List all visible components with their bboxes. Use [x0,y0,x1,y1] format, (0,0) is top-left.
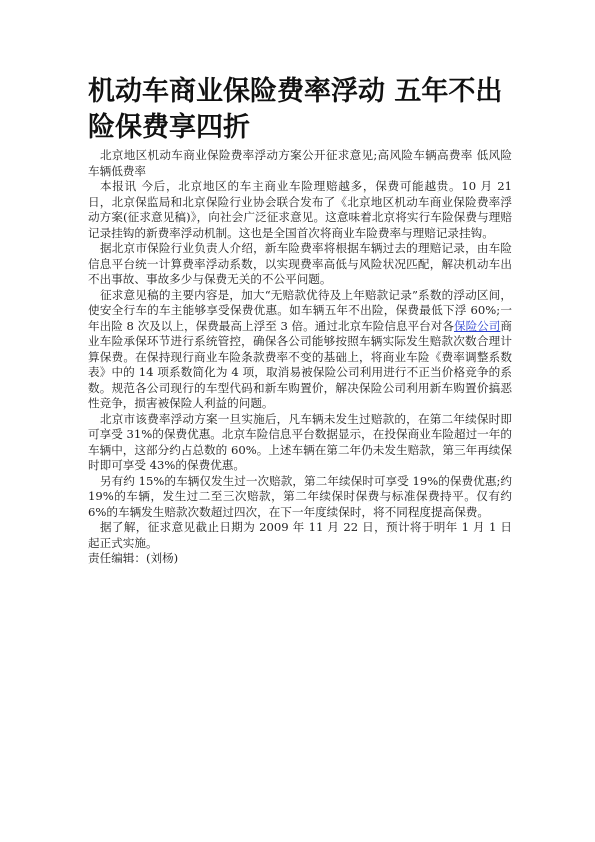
article: 机动车商业保险费率浮动 五年不出险保费享四折 北京地区机动车商业保险费率浮动方案… [88,74,512,567]
paragraph-2: 据北京市保险行业负责人介绍，新车险费率将根据车辆过去的理赔记录，由车险信息平台统… [88,241,512,288]
article-title: 机动车商业保险费率浮动 五年不出险保费享四折 [88,74,512,146]
paragraph-4: 北京市该费率浮动方案一旦实施后，凡车辆未发生过赔款的，在第二年续保时即可享受 3… [88,412,512,474]
paragraph-1: 本报讯 今后，北京地区的车主商业车险理赔越多，保费可能越贵。10 月 21 日，… [88,179,512,241]
paragraph-3-before: 征求意见稿的主要内容是，加大“无赔款优待及上年赔款记录”系数的浮动区间，使安全行… [88,288,512,333]
paragraph-5: 另有约 15%的车辆仅发生过一次赔款，第二年续保时可享受 19%的保费优惠;约 … [88,474,512,521]
article-subtitle: 北京地区机动车商业保险费率浮动方案公开征求意见;高风险车辆高费率 低风险车辆低费… [88,148,512,179]
paragraph-6: 据了解，征求意见截止日期为 2009 年 11 月 22 日，预计将于明年 1 … [88,520,512,551]
editor-credit: 责任编辑：(刘杨) [88,551,512,567]
insurance-company-link[interactable]: 保险公司 [454,319,500,333]
paragraph-3: 征求意见稿的主要内容是，加大“无赔款优待及上年赔款记录”系数的浮动区间，使安全行… [88,288,512,412]
